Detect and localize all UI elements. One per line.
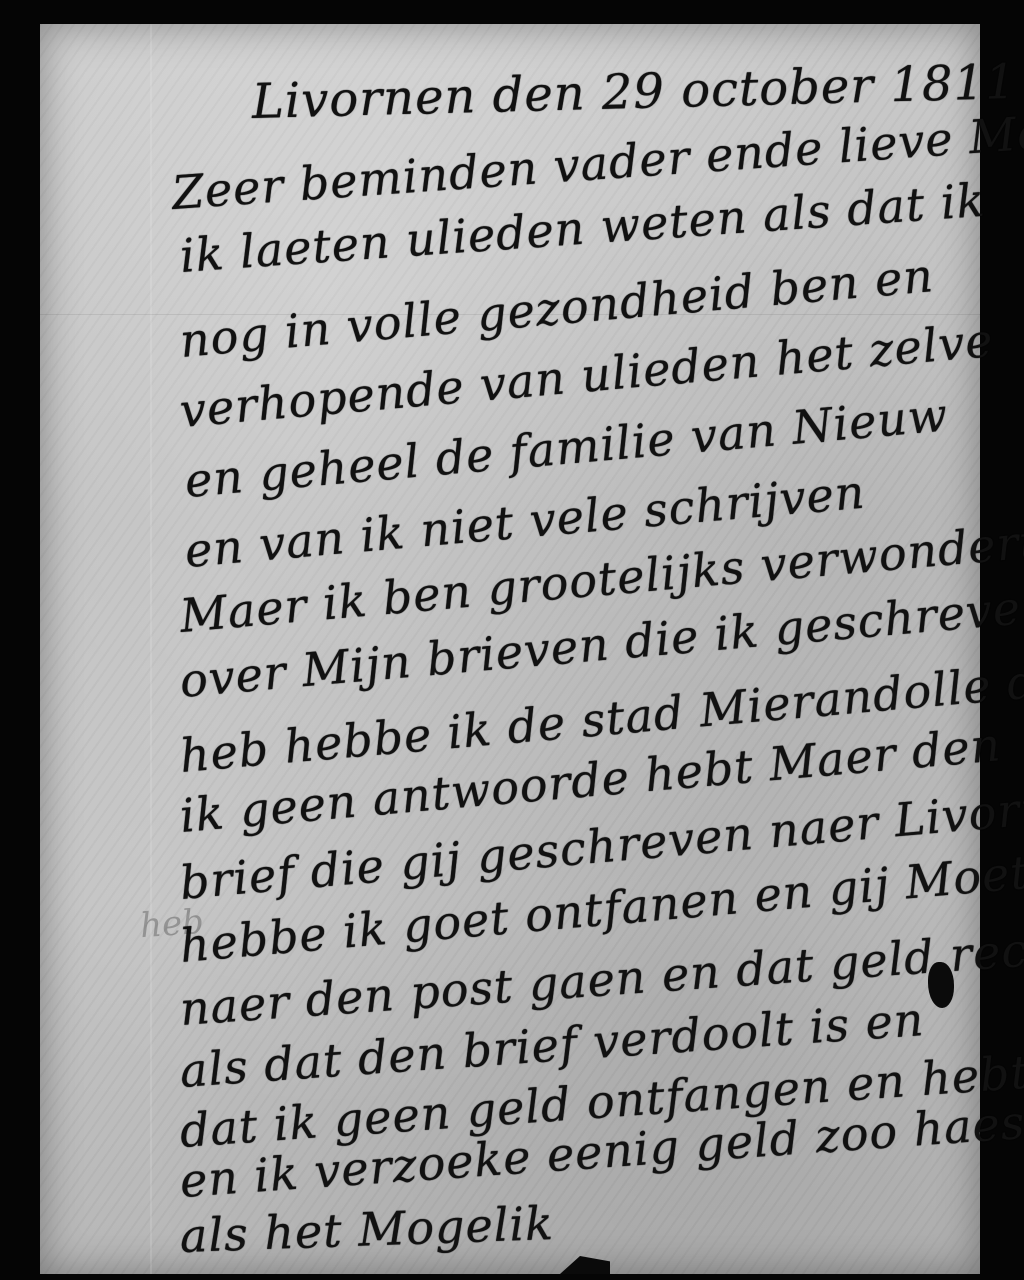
- paper-fold: [150, 24, 152, 1274]
- ink-blot: [928, 962, 954, 1008]
- bleed-through-text: heb: [139, 902, 205, 946]
- paper-tear: [560, 1256, 610, 1274]
- letter-line-17: als het Mogelik: [179, 1196, 555, 1263]
- letter-paper: Livornen den 29 october 1811 Zeer bemind…: [40, 24, 980, 1274]
